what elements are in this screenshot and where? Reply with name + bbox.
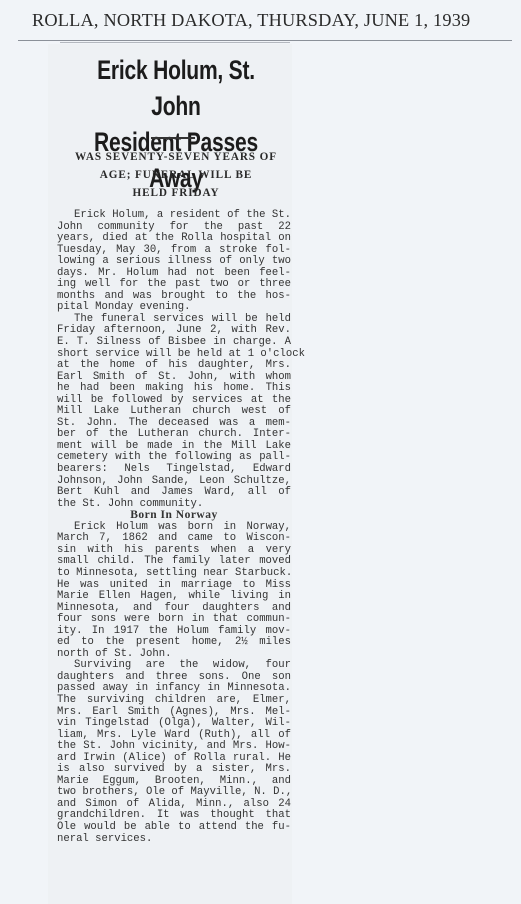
text-line: Bert Kuhl and James Ward, all of bbox=[57, 487, 291, 499]
newspaper-masthead: ROLLA, NORTH DAKOTA, THURSDAY, JUNE 1, 1… bbox=[32, 10, 518, 31]
text-line: Marie Ellen Hagen, while living in bbox=[57, 591, 291, 603]
text-line: the St. John vicinity, and Mrs. How- bbox=[57, 741, 291, 753]
masthead-rule-secondary bbox=[60, 42, 290, 43]
article-subhead: WAS SEVENTY-SEVEN YEARS OF AGE; FUNERAL … bbox=[58, 148, 294, 202]
article-paragraph: Erick Holum was born in Norway,March 7, … bbox=[57, 522, 291, 661]
text-line: E. T. Silness of Bisbee in charge. A bbox=[57, 337, 291, 349]
text-line: to Minnesota, settling near Starbuck. bbox=[57, 568, 291, 580]
text-line: four sons were born in that commun- bbox=[57, 614, 291, 626]
headline-divider bbox=[151, 137, 195, 139]
subhead-line: WAS SEVENTY-SEVEN YEARS OF bbox=[58, 148, 294, 166]
article-paragraph: The funeral services will be heldFriday … bbox=[57, 314, 291, 510]
subhead-line: HELD FRIDAY bbox=[58, 184, 294, 202]
text-line: The surviving children are, Elmer, bbox=[57, 695, 291, 707]
article-body: Erick Holum, a resident of the St.John c… bbox=[57, 210, 291, 845]
text-line: neral services. bbox=[57, 834, 291, 846]
text-line: lowing a serious illness of only two bbox=[57, 256, 291, 268]
text-line: vin Tingelstad (Olga), Walter, Wil- bbox=[57, 718, 291, 730]
masthead-rule bbox=[18, 40, 512, 41]
article-paragraph: Surviving are the widow, fourdaughters a… bbox=[57, 660, 291, 845]
text-line: bearers: Nels Tingelstad, Edward bbox=[57, 464, 291, 476]
text-line: at the home of his daughter, Mrs. bbox=[57, 360, 291, 372]
headline-line: Erick Holum, St. John bbox=[82, 52, 269, 124]
subhead-line: AGE; FUNERAL WILL BE bbox=[58, 166, 294, 184]
text-line: Erick Holum, a resident of the St. bbox=[57, 210, 291, 222]
text-line: years, died at the Rolla hospital on bbox=[57, 233, 291, 245]
text-line: Ole would be able to attend the fu- bbox=[57, 822, 291, 834]
article-paragraph: Erick Holum, a resident of the St.John c… bbox=[57, 210, 291, 314]
